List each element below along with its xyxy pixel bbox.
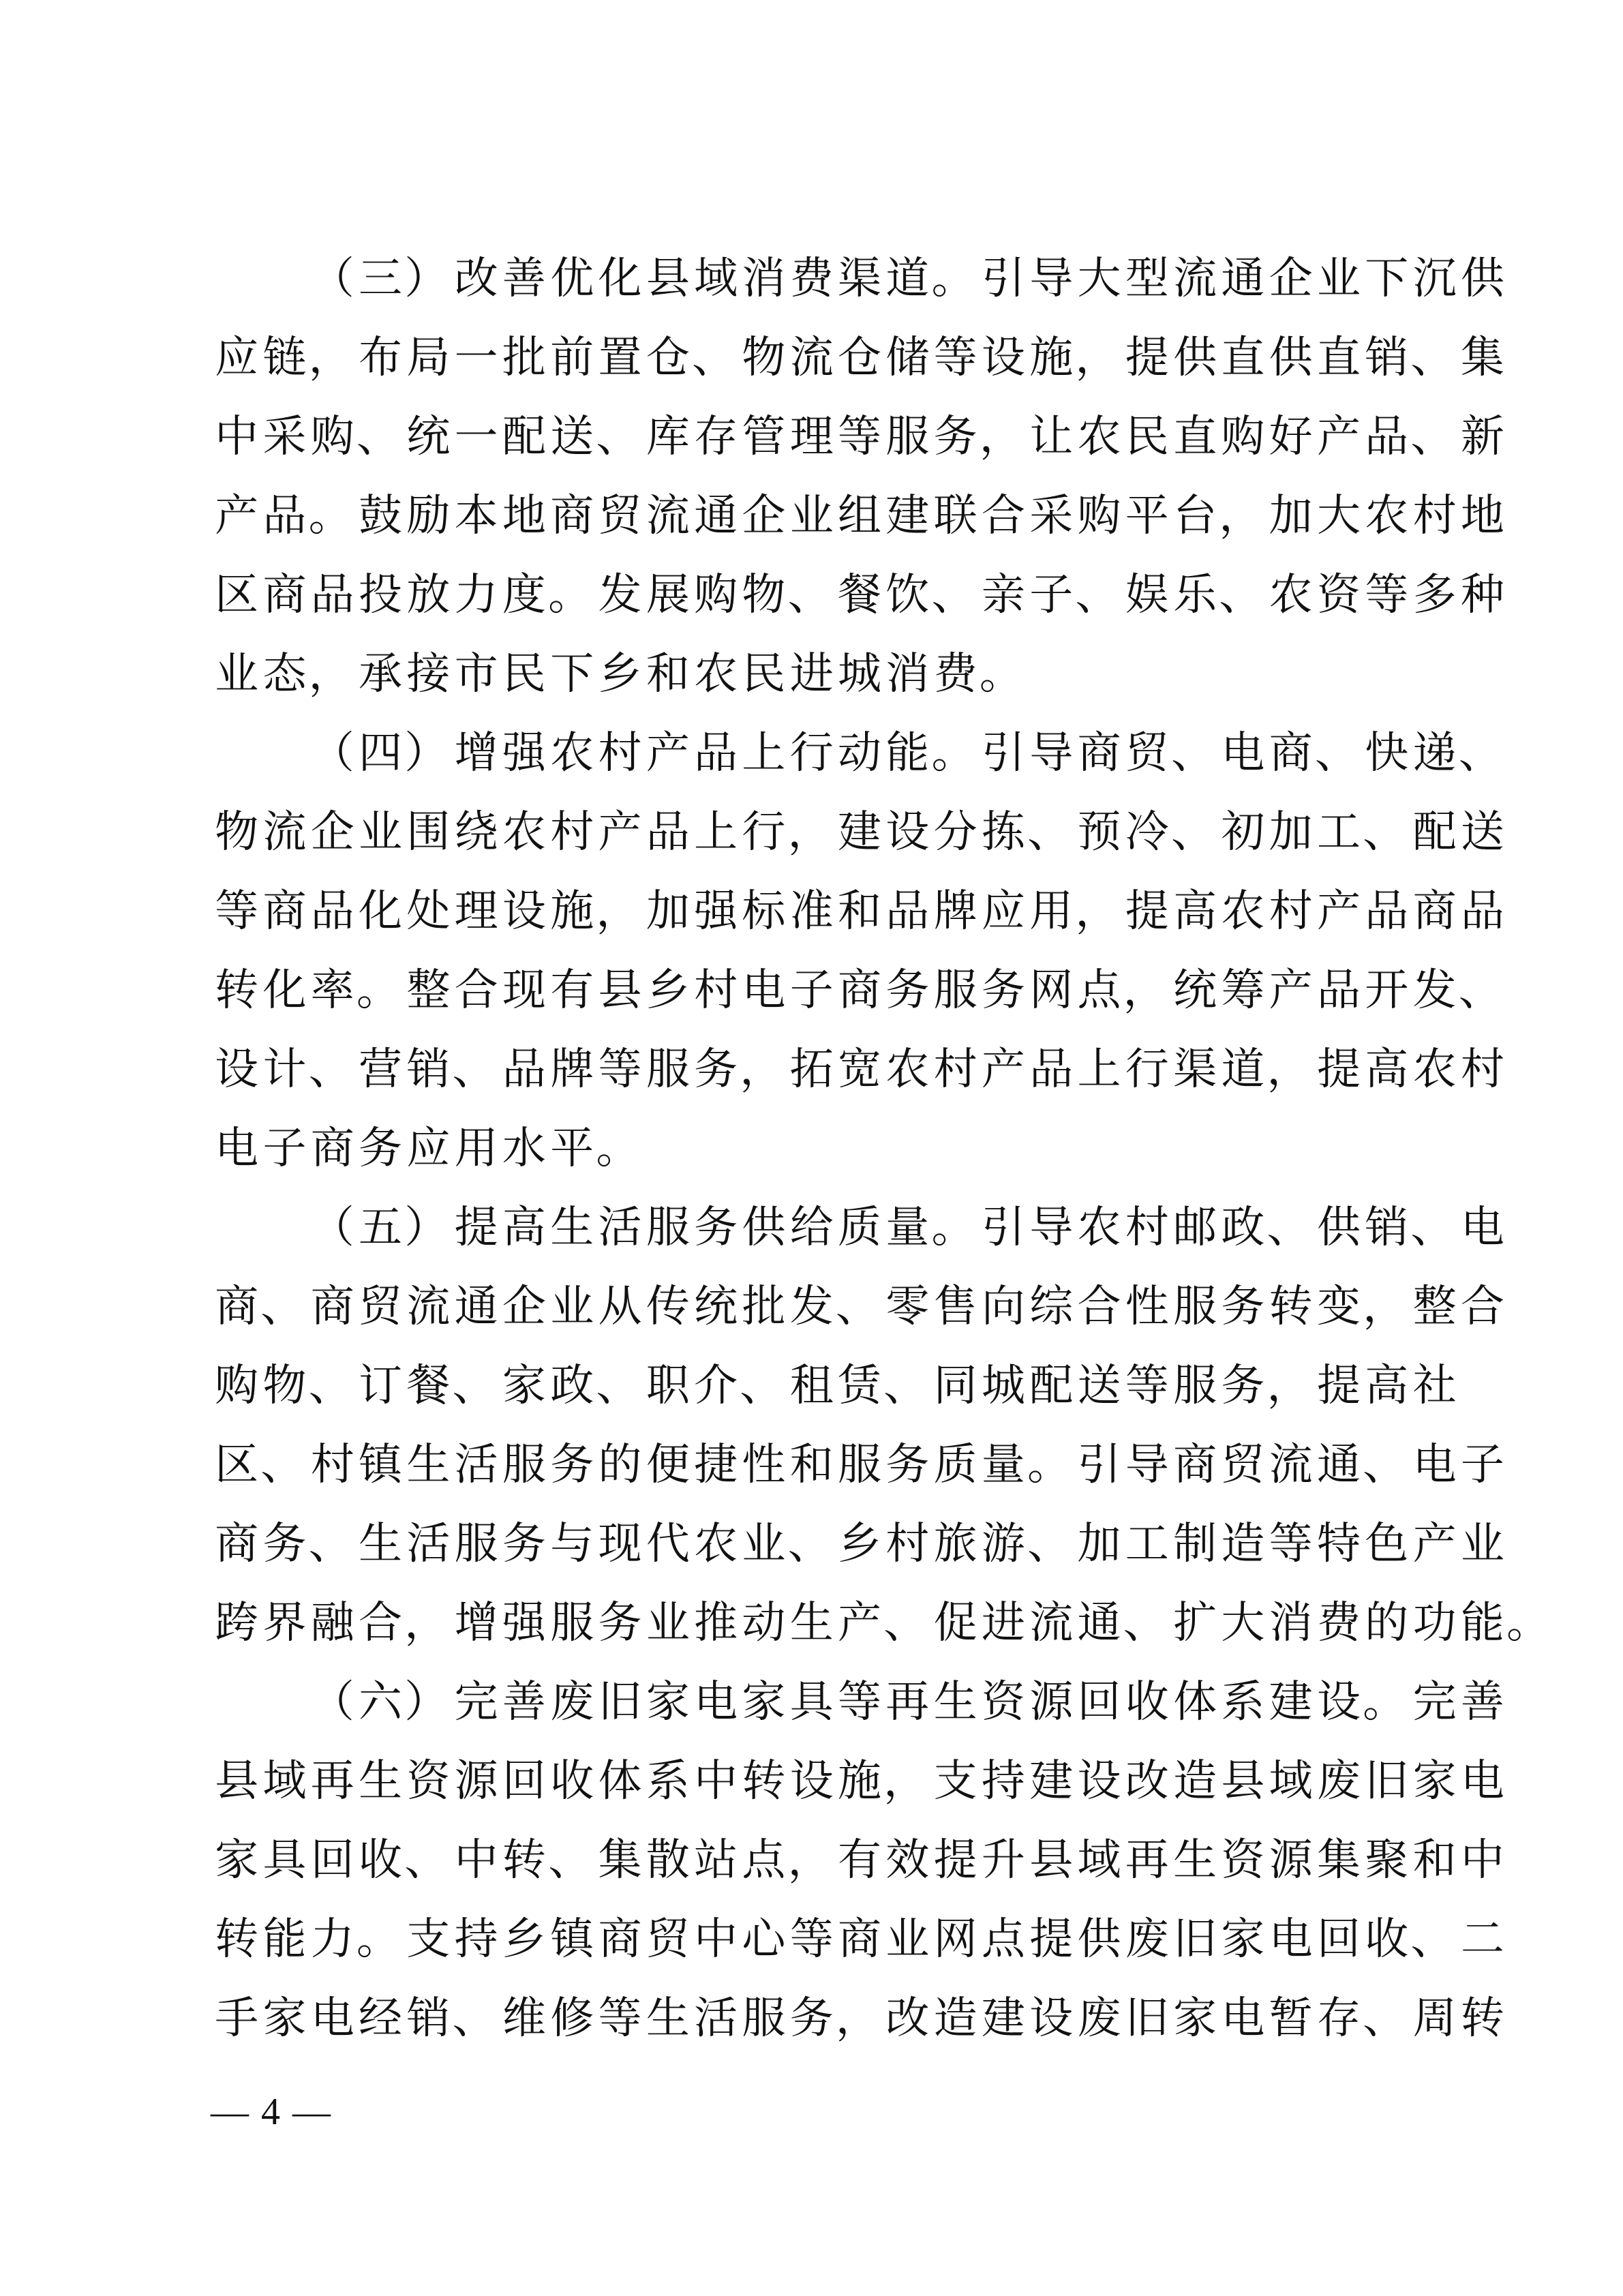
text-line: 电子商务应用水平。 (213, 1109, 1412, 1188)
text-line: （五）提高生活服务供给质量。引导农村邮政、供销、电 (213, 1188, 1412, 1267)
text-line: 商务、生活服务与现代农业、乡村旅游、加工制造等特色产业 (213, 1505, 1412, 1584)
text-line: （六）完善废旧家电家具等再生资源回收体系建设。完善 (213, 1663, 1412, 1742)
paragraph-life-services-quality: （五）提高生活服务供给质量。引导农村邮政、供销、电商、商贸流通企业从传统批发、零… (213, 1188, 1412, 1663)
body-text: （三）改善优化县域消费渠道。引导大型流通企业下沉供应链，布局一批前置仓、物流仓储… (213, 239, 1412, 2058)
text-line: 设计、营销、品牌等服务，拓宽农村产品上行渠道，提高农村 (213, 1030, 1412, 1109)
paragraph-recycling-system: （六）完善废旧家电家具等再生资源回收体系建设。完善县域再生资源回收体系中转设施，… (213, 1663, 1412, 2058)
text-line: 产品。鼓励本地商贸流通企业组建联合采购平台，加大农村地 (213, 477, 1412, 556)
text-line: 手家电经销、维修等生活服务，改造建设废旧家电暂存、周转 (213, 1979, 1412, 2058)
page-number: — 4 — (211, 2090, 332, 2134)
text-line: 区商品投放力度。发展购物、餐饮、亲子、娱乐、农资等多种 (213, 556, 1412, 635)
text-line: 购物、订餐、家政、职介、租赁、同城配送等服务，提高社 (213, 1346, 1412, 1425)
paragraph-consumption-channels: （三）改善优化县域消费渠道。引导大型流通企业下沉供应链，布局一批前置仓、物流仓储… (213, 239, 1412, 714)
text-line: 县域再生资源回收体系中转设施，支持建设改造县域废旧家电 (213, 1742, 1412, 1821)
text-line: （四）增强农村产品上行动能。引导商贸、电商、快递、 (213, 714, 1412, 793)
text-line: 跨界融合，增强服务业推动生产、促进流通、扩大消费的功能。 (213, 1584, 1412, 1663)
text-line: 转化率。整合现有县乡村电子商务服务网点，统筹产品开发、 (213, 951, 1412, 1030)
text-line: 区、村镇生活服务的便捷性和服务质量。引导商贸流通、电子 (213, 1425, 1412, 1505)
text-line: 应链，布局一批前置仓、物流仓储等设施，提供直供直销、集 (213, 318, 1412, 397)
text-line: 家具回收、中转、集散站点，有效提升县域再生资源集聚和中 (213, 1821, 1412, 1900)
text-line: 转能力。支持乡镇商贸中心等商业网点提供废旧家电回收、二 (213, 1900, 1412, 1979)
text-line: 物流企业围绕农村产品上行，建设分拣、预冷、初加工、配送 (213, 793, 1412, 872)
text-line: 商、商贸流通企业从传统批发、零售向综合性服务转变，整合 (213, 1267, 1412, 1346)
text-line: （三）改善优化县域消费渠道。引导大型流通企业下沉供 (213, 239, 1412, 318)
text-line: 业态，承接市民下乡和农民进城消费。 (213, 635, 1412, 714)
text-line: 中采购、统一配送、库存管理等服务，让农民直购好产品、新 (213, 397, 1412, 477)
paragraph-rural-products-upstream: （四）增强农村产品上行动能。引导商贸、电商、快递、物流企业围绕农村产品上行，建设… (213, 714, 1412, 1188)
text-line: 等商品化处理设施，加强标准和品牌应用，提高农村产品商品 (213, 872, 1412, 951)
document-page: （三）改善优化县域消费渠道。引导大型流通企业下沉供应链，布局一批前置仓、物流仓储… (0, 0, 1623, 2296)
